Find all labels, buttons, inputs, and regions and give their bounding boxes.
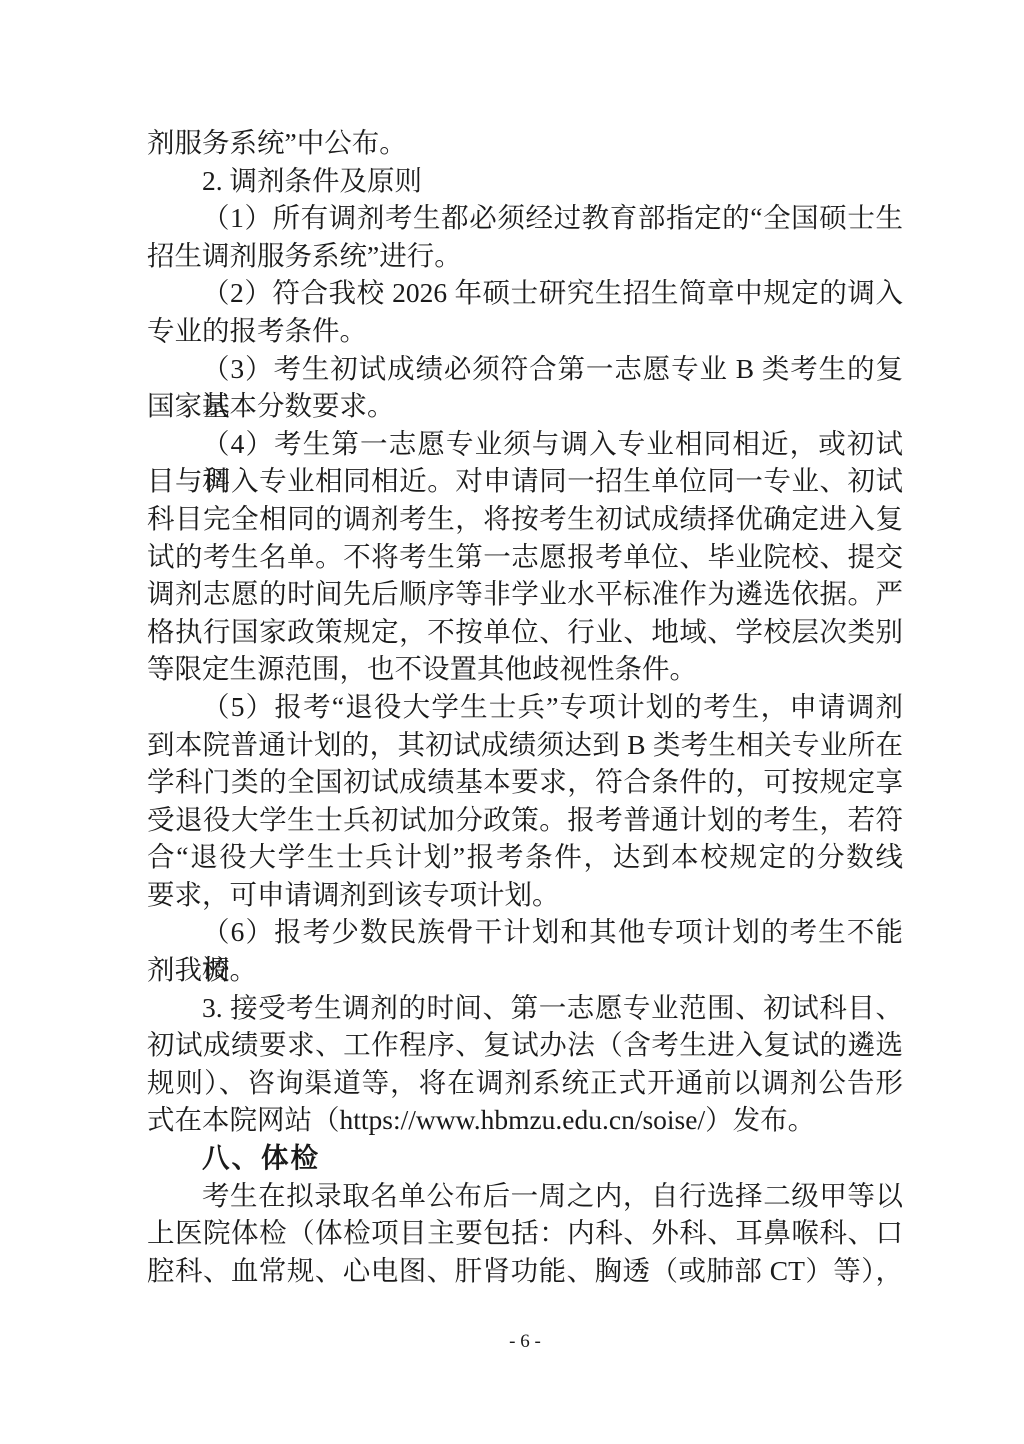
text-line: 3. 接受考生调剂的时间、第一志愿专业范围、初试科目、: [147, 989, 903, 1027]
text-line: 规则）、咨询渠道等，将在调剂系统正式开通前以调剂公告形: [147, 1064, 903, 1102]
text-line: 受退役大学生士兵初试加分政策。报考普通计划的考生，若符: [147, 801, 903, 839]
text-line: （6）报考少数民族骨干计划和其他专项计划的考生不能调: [147, 913, 903, 951]
text-line: （3）考生初试成绩必须符合第一志愿专业 B 类考生的复试: [147, 350, 903, 388]
text-line: 合“退役大学生士兵计划”报考条件，达到本校规定的分数线: [147, 838, 903, 876]
section-heading: 八、体检: [147, 1139, 903, 1177]
text-line: 上医院体检（体检项目主要包括：内科、外科、耳鼻喉科、口: [147, 1214, 903, 1252]
text-line: 目与调入专业相同相近。对申请同一招生单位同一专业、初试: [147, 462, 903, 500]
text-line: （2）符合我校 2026 年硕士研究生招生简章中规定的调入: [147, 274, 903, 312]
document-page: 剂服务系统”中公布。2. 调剂条件及原则（1）所有调剂考生都必须经过教育部指定的…: [0, 0, 1024, 1444]
page-number: - 6 -: [147, 1331, 903, 1353]
text-line: 腔科、血常规、心电图、肝肾功能、胸透（或肺部 CT）等），: [147, 1252, 903, 1290]
text-line: 学科门类的全国初试成绩基本要求，符合条件的，可按规定享: [147, 763, 903, 801]
text-line: 初试成绩要求、工作程序、复试办法（含考生进入复试的遴选: [147, 1026, 903, 1064]
text-line: 专业的报考条件。: [147, 312, 903, 350]
document-body: 剂服务系统”中公布。2. 调剂条件及原则（1）所有调剂考生都必须经过教育部指定的…: [147, 124, 903, 1289]
text-line: 2. 调剂条件及原则: [147, 162, 903, 200]
text-line: 格执行国家政策规定，不按单位、行业、地域、学校层次类别: [147, 613, 903, 651]
text-line: 招生调剂服务系统”进行。: [147, 237, 903, 275]
text-line: 调剂志愿的时间先后顺序等非学业水平标准作为遴选依据。严: [147, 575, 903, 613]
text-line: 到本院普通计划的，其初试成绩须达到 B 类考生相关专业所在: [147, 726, 903, 764]
text-line: 考生在拟录取名单公布后一周之内，自行选择二级甲等以: [147, 1177, 903, 1215]
text-line: （5）报考“退役大学生士兵”专项计划的考生，申请调剂: [147, 688, 903, 726]
text-line: 试的考生名单。不将考生第一志愿报考单位、毕业院校、提交: [147, 538, 903, 576]
text-line: 等限定生源范围，也不设置其他歧视性条件。: [147, 650, 903, 688]
text-line: 要求，可申请调剂到该专项计划。: [147, 876, 903, 914]
text-line: 式在本院网站（https://www.hbmzu.edu.cn/soise/）发…: [147, 1101, 903, 1139]
text-line: （4）考生第一志愿专业须与调入专业相同相近，或初试科: [147, 425, 903, 463]
text-line: 剂我校。: [147, 951, 903, 989]
text-line: 科目完全相同的调剂考生，将按考生初试成绩择优确定进入复: [147, 500, 903, 538]
text-line: 剂服务系统”中公布。: [147, 124, 903, 162]
text-line: 国家基本分数要求。: [147, 387, 903, 425]
text-line: （1）所有调剂考生都必须经过教育部指定的“全国硕士生: [147, 199, 903, 237]
